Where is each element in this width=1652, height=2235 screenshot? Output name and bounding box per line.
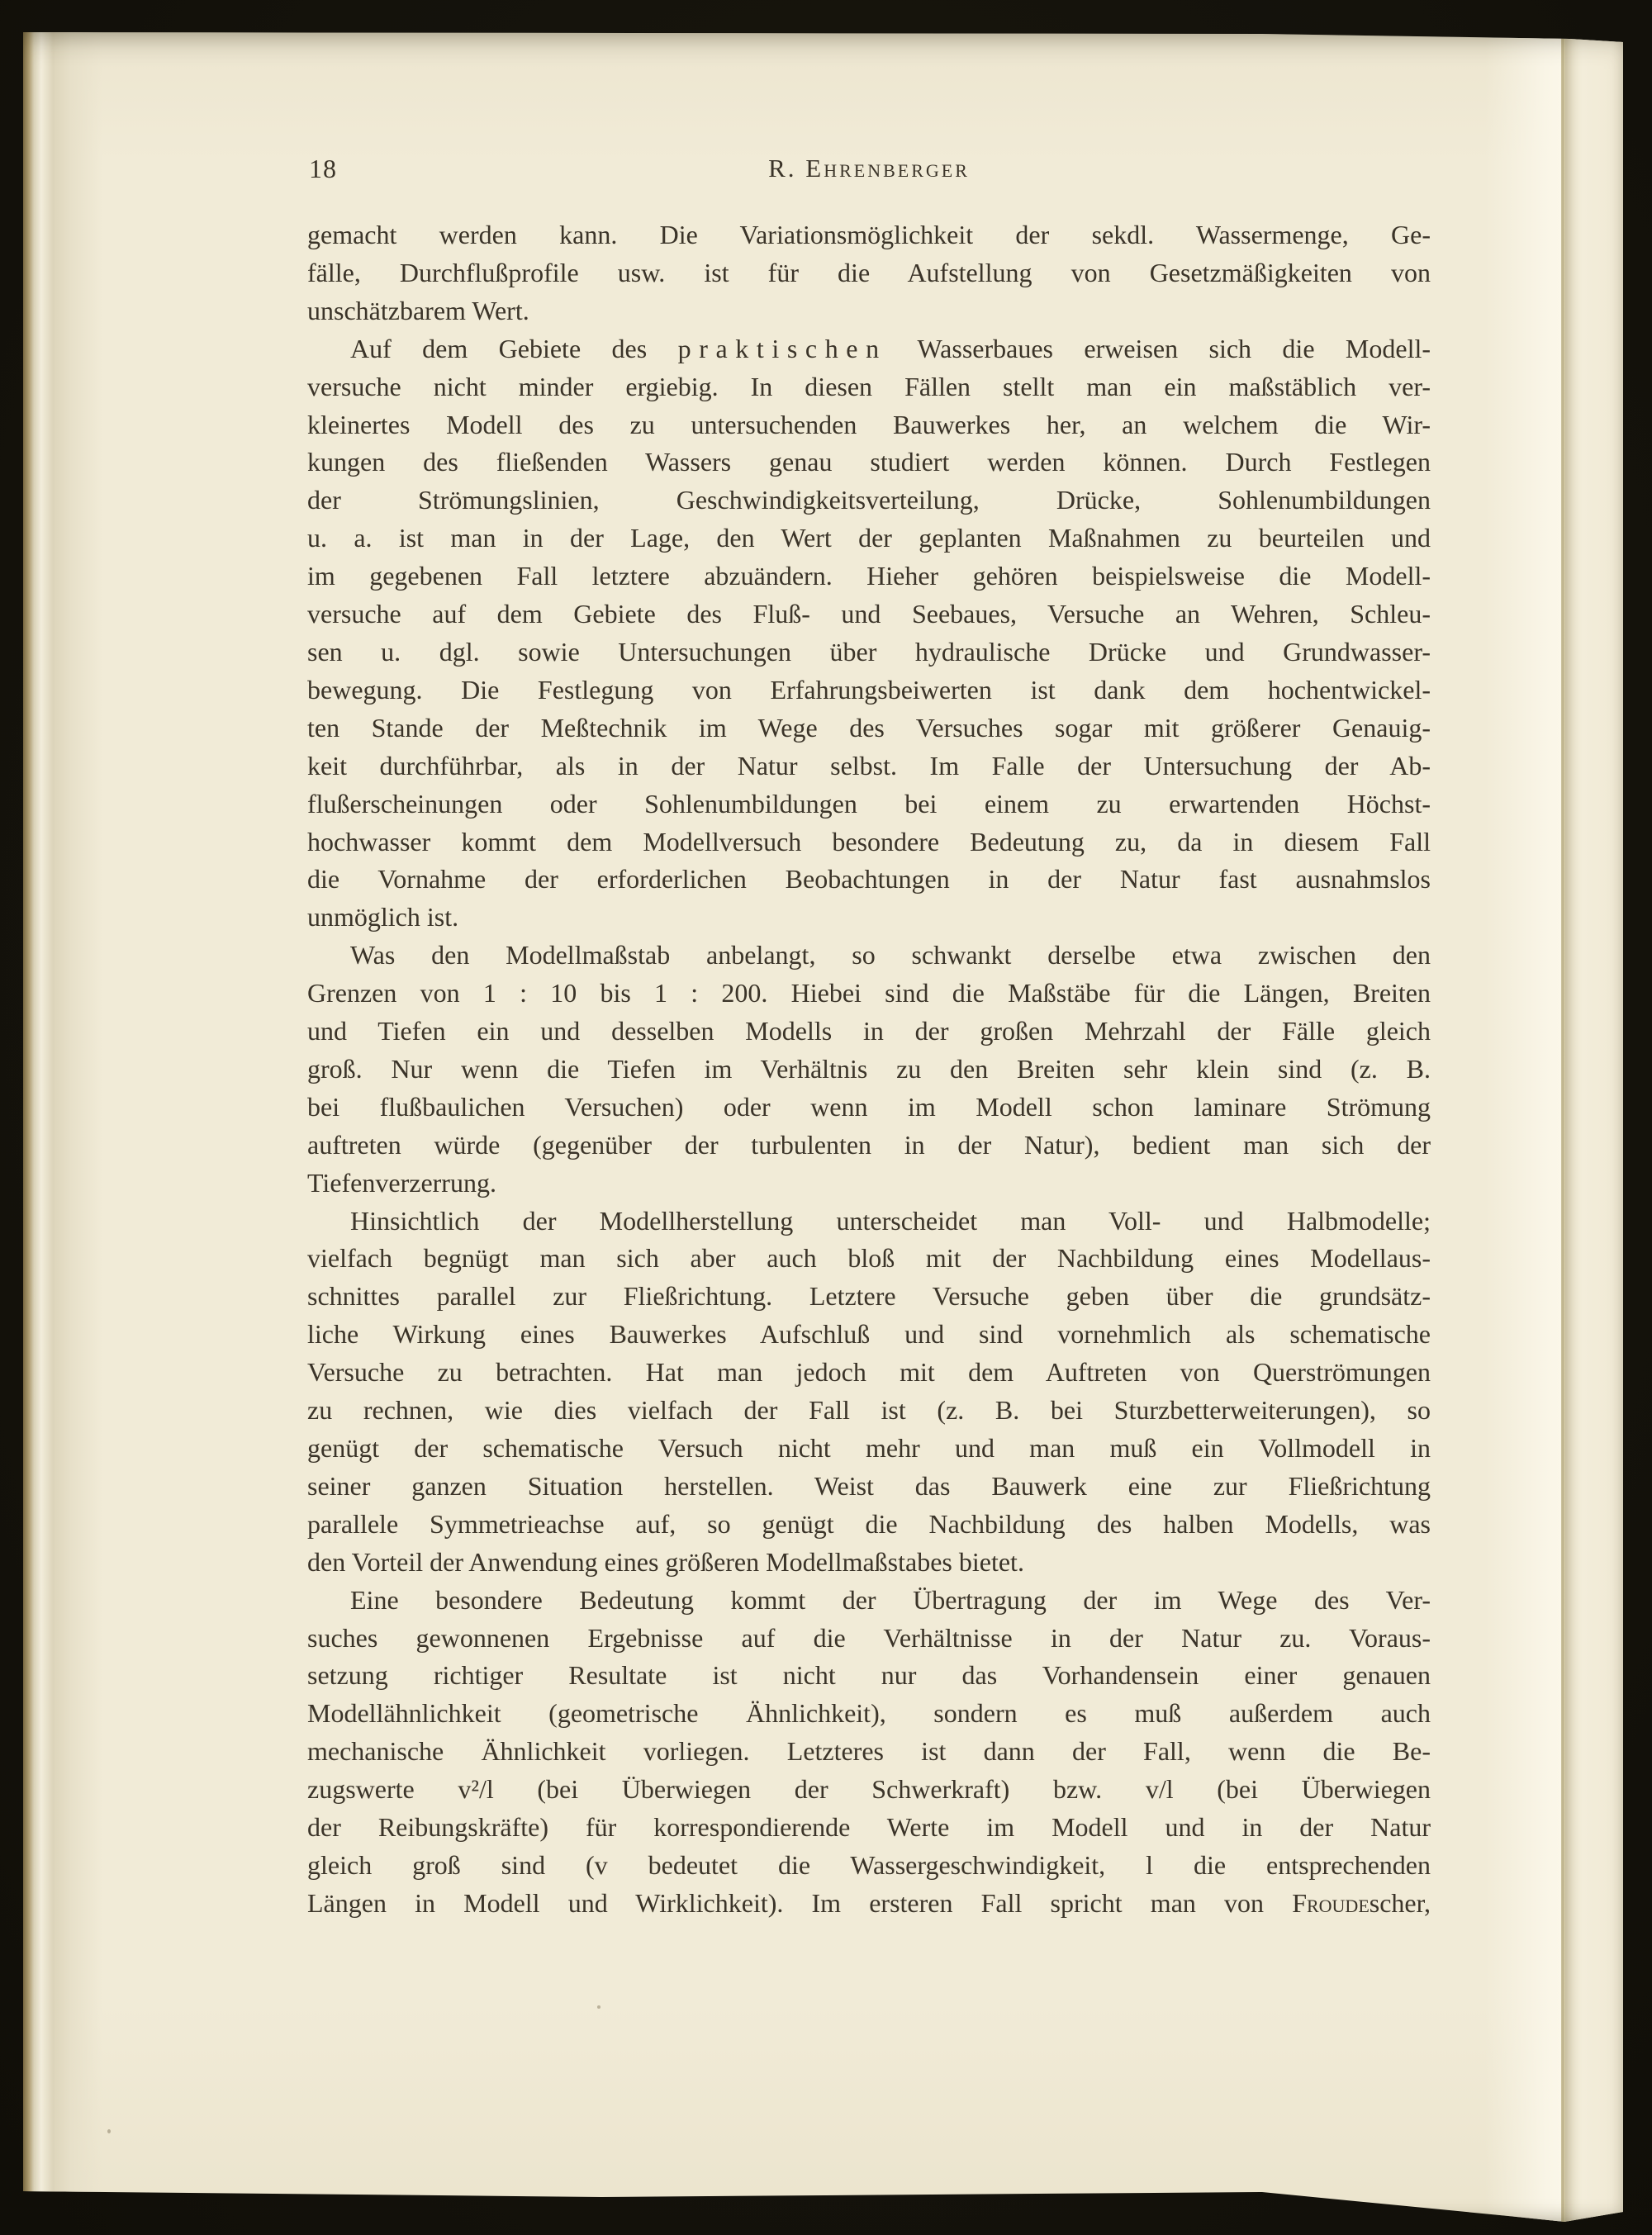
text-line: versuche nicht minder ergiebig. In diese… xyxy=(307,368,1431,406)
text-line: unmöglich ist. xyxy=(307,899,1431,937)
text-block: gemacht werden kann. Die Variationsmögli… xyxy=(307,216,1431,1923)
text-line: ten Stande der Meßtechnik im Wege des Ve… xyxy=(307,709,1431,747)
paper-speck xyxy=(107,2129,111,2133)
text-line: Modellähnlichkeit (geometrische Ähnlichk… xyxy=(307,1695,1431,1733)
text-line: kungen des fließenden Wassers genau stud… xyxy=(307,444,1431,482)
text-segment: Längen in Modell und Wirklichkeit). Im e… xyxy=(307,1888,1292,1918)
text-line: der Strömungslinien, Geschwindigkeitsver… xyxy=(307,482,1431,520)
text-line: mechanische Ähnlichkeit vorliegen. Letzt… xyxy=(307,1733,1431,1771)
text-line: hochwasser kommt dem Modellversuch beson… xyxy=(307,823,1431,861)
text-line: kleinertes Modell des zu untersuchenden … xyxy=(307,406,1431,444)
text-line: vielfach begnügt man sich aber auch bloß… xyxy=(307,1240,1431,1278)
text-segment: Auf dem Gebiete des xyxy=(350,334,678,363)
paper-speck xyxy=(597,2005,601,2009)
text-segment: Wasserbaues erweisen sich die Modell- xyxy=(887,334,1431,363)
emphasis-segment: Froude xyxy=(1292,1888,1370,1918)
text-line: gleich groß sind (v bedeutet die Wasserg… xyxy=(307,1847,1431,1885)
text-line: Auf dem Gebiete des praktischen Wasserba… xyxy=(307,330,1431,368)
text-line: Was den Modellmaßstab anbelangt, so schw… xyxy=(307,937,1431,975)
text-line: Tiefenverzerrung. xyxy=(307,1165,1431,1203)
text-segment: scher, xyxy=(1370,1888,1431,1918)
text-line: Hinsichtlich der Modellherstellung unter… xyxy=(307,1203,1431,1241)
text-line: zu rechnen, wie dies vielfach der Fall i… xyxy=(307,1392,1431,1430)
text-line: fälle, Durchflußprofile usw. ist für die… xyxy=(307,254,1431,292)
running-head: R. Ehrenberger xyxy=(307,154,1431,183)
text-line: suches gewonnenen Ergebnisse auf die Ver… xyxy=(307,1620,1431,1658)
text-line: schnittes parallel zur Fließrichtung. Le… xyxy=(307,1278,1431,1316)
emphasis-segment: praktischen xyxy=(678,334,887,363)
running-head-row: 18 R. Ehrenberger xyxy=(307,154,1431,193)
text-line: und Tiefen ein und desselben Modells in … xyxy=(307,1013,1431,1051)
text-line: die Vornahme der erforderlichen Beobacht… xyxy=(307,861,1431,899)
text-line: parallele Symmetrieachse auf, so genügt … xyxy=(307,1506,1431,1544)
text-line: der Reibungskräfte) für korrespondierend… xyxy=(307,1809,1431,1847)
scanned-page: 18 R. Ehrenberger gemacht werden kann. D… xyxy=(23,30,1623,2222)
text-line: u. a. ist man in der Lage, den Wert der … xyxy=(307,520,1431,558)
text-line: seiner ganzen Situation herstellen. Weis… xyxy=(307,1468,1431,1506)
text-line: Eine besondere Bedeutung kommt der Übert… xyxy=(307,1582,1431,1620)
text-line: setzung richtiger Resultate ist nicht nu… xyxy=(307,1657,1431,1695)
text-line: Versuche zu betrachten. Hat man jedoch m… xyxy=(307,1354,1431,1392)
text-line: keit durchführbar, als in der Natur selb… xyxy=(307,747,1431,785)
binding-gutter-edge xyxy=(23,30,102,2222)
text-line: groß. Nur wenn die Tiefen im Verhältnis … xyxy=(307,1051,1431,1089)
text-line: gemacht werden kann. Die Variationsmögli… xyxy=(307,216,1431,254)
text-line: versuche auf dem Gebiete des Fluß- und S… xyxy=(307,596,1431,633)
text-line: unschätzbarem Wert. xyxy=(307,292,1431,330)
text-line: sen u. dgl. sowie Untersuchungen über hy… xyxy=(307,633,1431,671)
text-line: bei flußbaulichen Versuchen) oder wenn i… xyxy=(307,1089,1431,1127)
next-page-edge xyxy=(1565,30,1623,2222)
book-scan: { "scan": { "background_color": "#15130c… xyxy=(0,0,1652,2235)
text-line: genügt der schematische Versuch nicht me… xyxy=(307,1430,1431,1468)
text-line: auftreten würde (gegenüber der turbulent… xyxy=(307,1127,1431,1165)
text-line: bewegung. Die Festlegung von Erfahrungsb… xyxy=(307,671,1431,709)
text-line: im gegebenen Fall letztere abzuändern. H… xyxy=(307,558,1431,596)
text-line: liche Wirkung eines Bauwerkes Aufschluß … xyxy=(307,1316,1431,1354)
text-line: Grenzen von 1 : 10 bis 1 : 200. Hiebei s… xyxy=(307,975,1431,1013)
text-line: flußerscheinungen oder Sohlenumbildungen… xyxy=(307,785,1431,823)
text-line: den Vorteil der Anwendung eines größeren… xyxy=(307,1544,1431,1582)
text-line: zugswerte v²/l (bei Überwiegen der Schwe… xyxy=(307,1771,1431,1809)
text-line: Längen in Modell und Wirklichkeit). Im e… xyxy=(307,1885,1431,1923)
fore-edge-highlight xyxy=(1485,30,1561,2222)
